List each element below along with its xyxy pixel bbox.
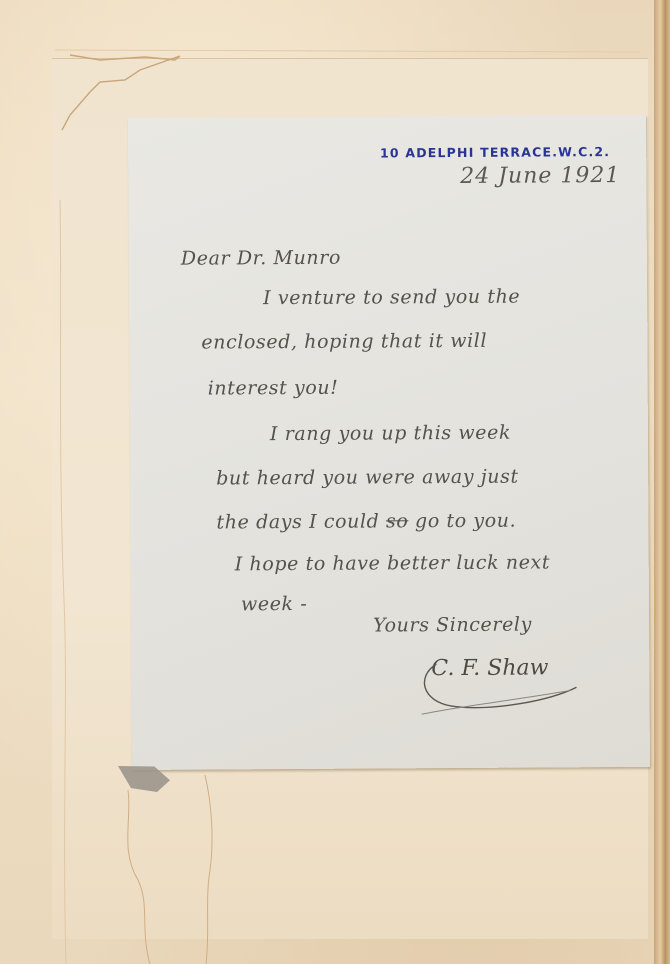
signature-flourish [128, 115, 650, 770]
album-page: 10 ADELPHI TERRACE.W.C.2. 24 June 1921 D… [0, 0, 670, 964]
book-edge [654, 0, 670, 964]
letter-card: 10 ADELPHI TERRACE.W.C.2. 24 June 1921 D… [128, 115, 650, 770]
